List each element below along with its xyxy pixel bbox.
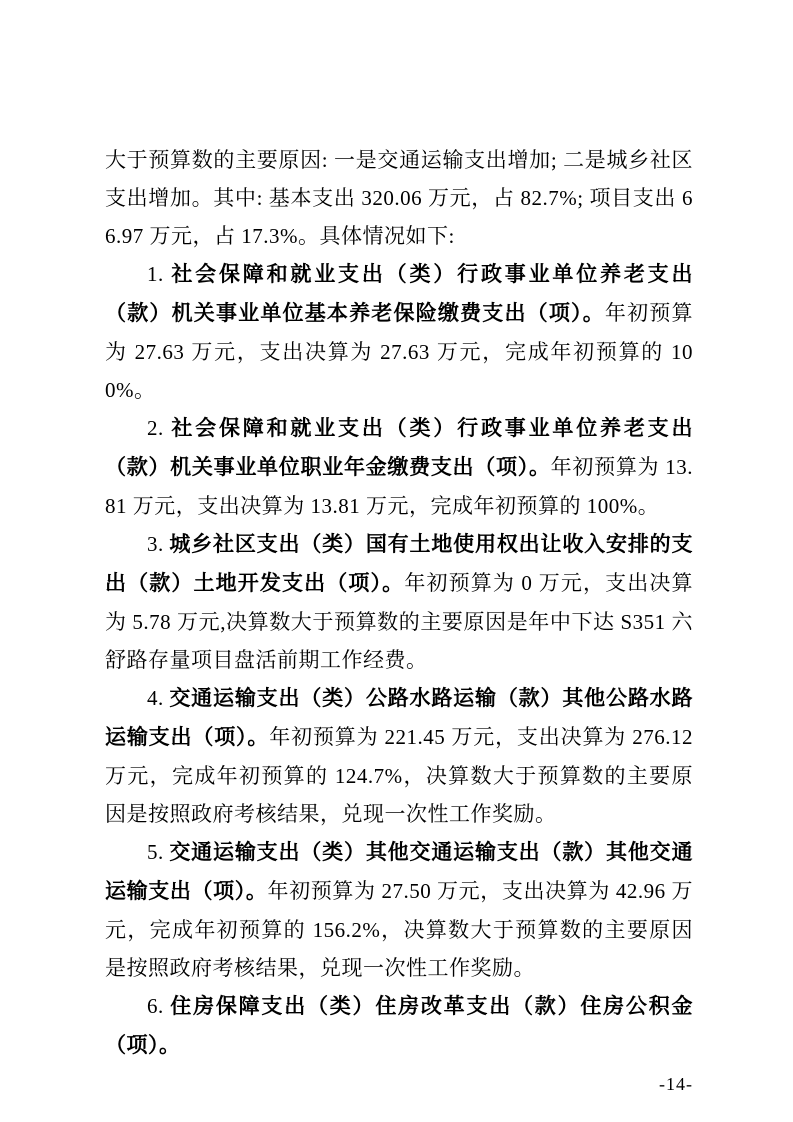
item-3-number: 3. — [147, 532, 164, 556]
item-2-number: 2. — [147, 416, 164, 440]
budget-item-2: 2.社会保障和就业支出（类）行政事业单位养老支出（款）机关事业单位职业年金缴费支… — [105, 409, 693, 525]
intro-text: 大于预算数的主要原因: 一是交通运输支出增加; 二是城乡社区支出增加。其中: 基… — [105, 148, 693, 248]
page-number: -14- — [105, 1073, 693, 1095]
document-body: 大于预算数的主要原因: 一是交通运输支出增加; 二是城乡社区支出增加。其中: 基… — [105, 141, 693, 1065]
intro-paragraph: 大于预算数的主要原因: 一是交通运输支出增加; 二是城乡社区支出增加。其中: 基… — [105, 141, 693, 255]
item-4-number: 4. — [147, 686, 164, 710]
budget-item-1: 1.社会保障和就业支出（类）行政事业单位养老支出（款）机关事业单位基本养老保险缴… — [105, 255, 693, 409]
item-5-number: 5. — [147, 840, 164, 864]
budget-item-6: 6.住房保障支出（类）住房改革支出（款）住房公积金（项）。 — [105, 987, 693, 1065]
item-6-number: 6. — [147, 994, 164, 1018]
budget-item-3: 3.城乡社区支出（类）国有土地使用权出让收入安排的支出（款）土地开发支出（项）。… — [105, 525, 693, 679]
item-6-heading: 住房保障支出（类）住房改革支出（款）住房公积金（项）。 — [105, 995, 693, 1057]
budget-item-5: 5.交通运输支出（类）其他交通运输支出（款）其他交通运输支出（项）。年初预算为 … — [105, 833, 693, 987]
budget-item-4: 4.交通运输支出（类）公路水路运输（款）其他公路水路运输支出（项）。年初预算为 … — [105, 679, 693, 833]
item-1-number: 1. — [147, 262, 164, 286]
document-page: 大于预算数的主要原因: 一是交通运输支出增加; 二是城乡社区支出增加。其中: 基… — [0, 0, 793, 1122]
